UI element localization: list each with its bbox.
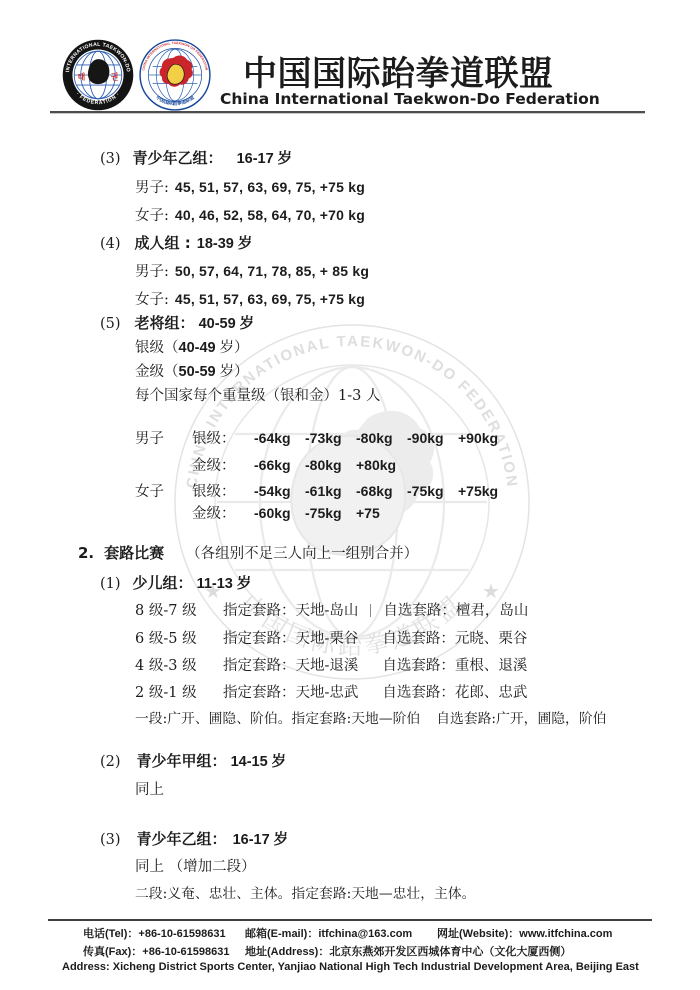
footer-address-en: Address: Xicheng District Sports Center,…	[62, 961, 639, 973]
footer-telephone: 电话(Tel)：+86-10-61598631	[83, 925, 226, 941]
document-page: CHINA INTERNATIONAL TAEKWON-DO FEDERATIO…	[0, 0, 700, 990]
footer: 电话(Tel)：+86-10-61598631 邮箱(E-mail)：itfch…	[0, 0, 700, 990]
footer-email: 邮箱(E-mail)：itfchina@163.com	[245, 925, 412, 941]
footer-address-cn: 地址(Address)：北京东燕郊开发区西城体育中心（文化大厦西侧）	[245, 943, 571, 959]
footer-fax: 传真(Fax)：+86-10-61598631	[83, 943, 229, 959]
footer-website: 网址(Website)：www.itfchina.com	[437, 925, 612, 941]
footer-divider	[48, 919, 652, 921]
